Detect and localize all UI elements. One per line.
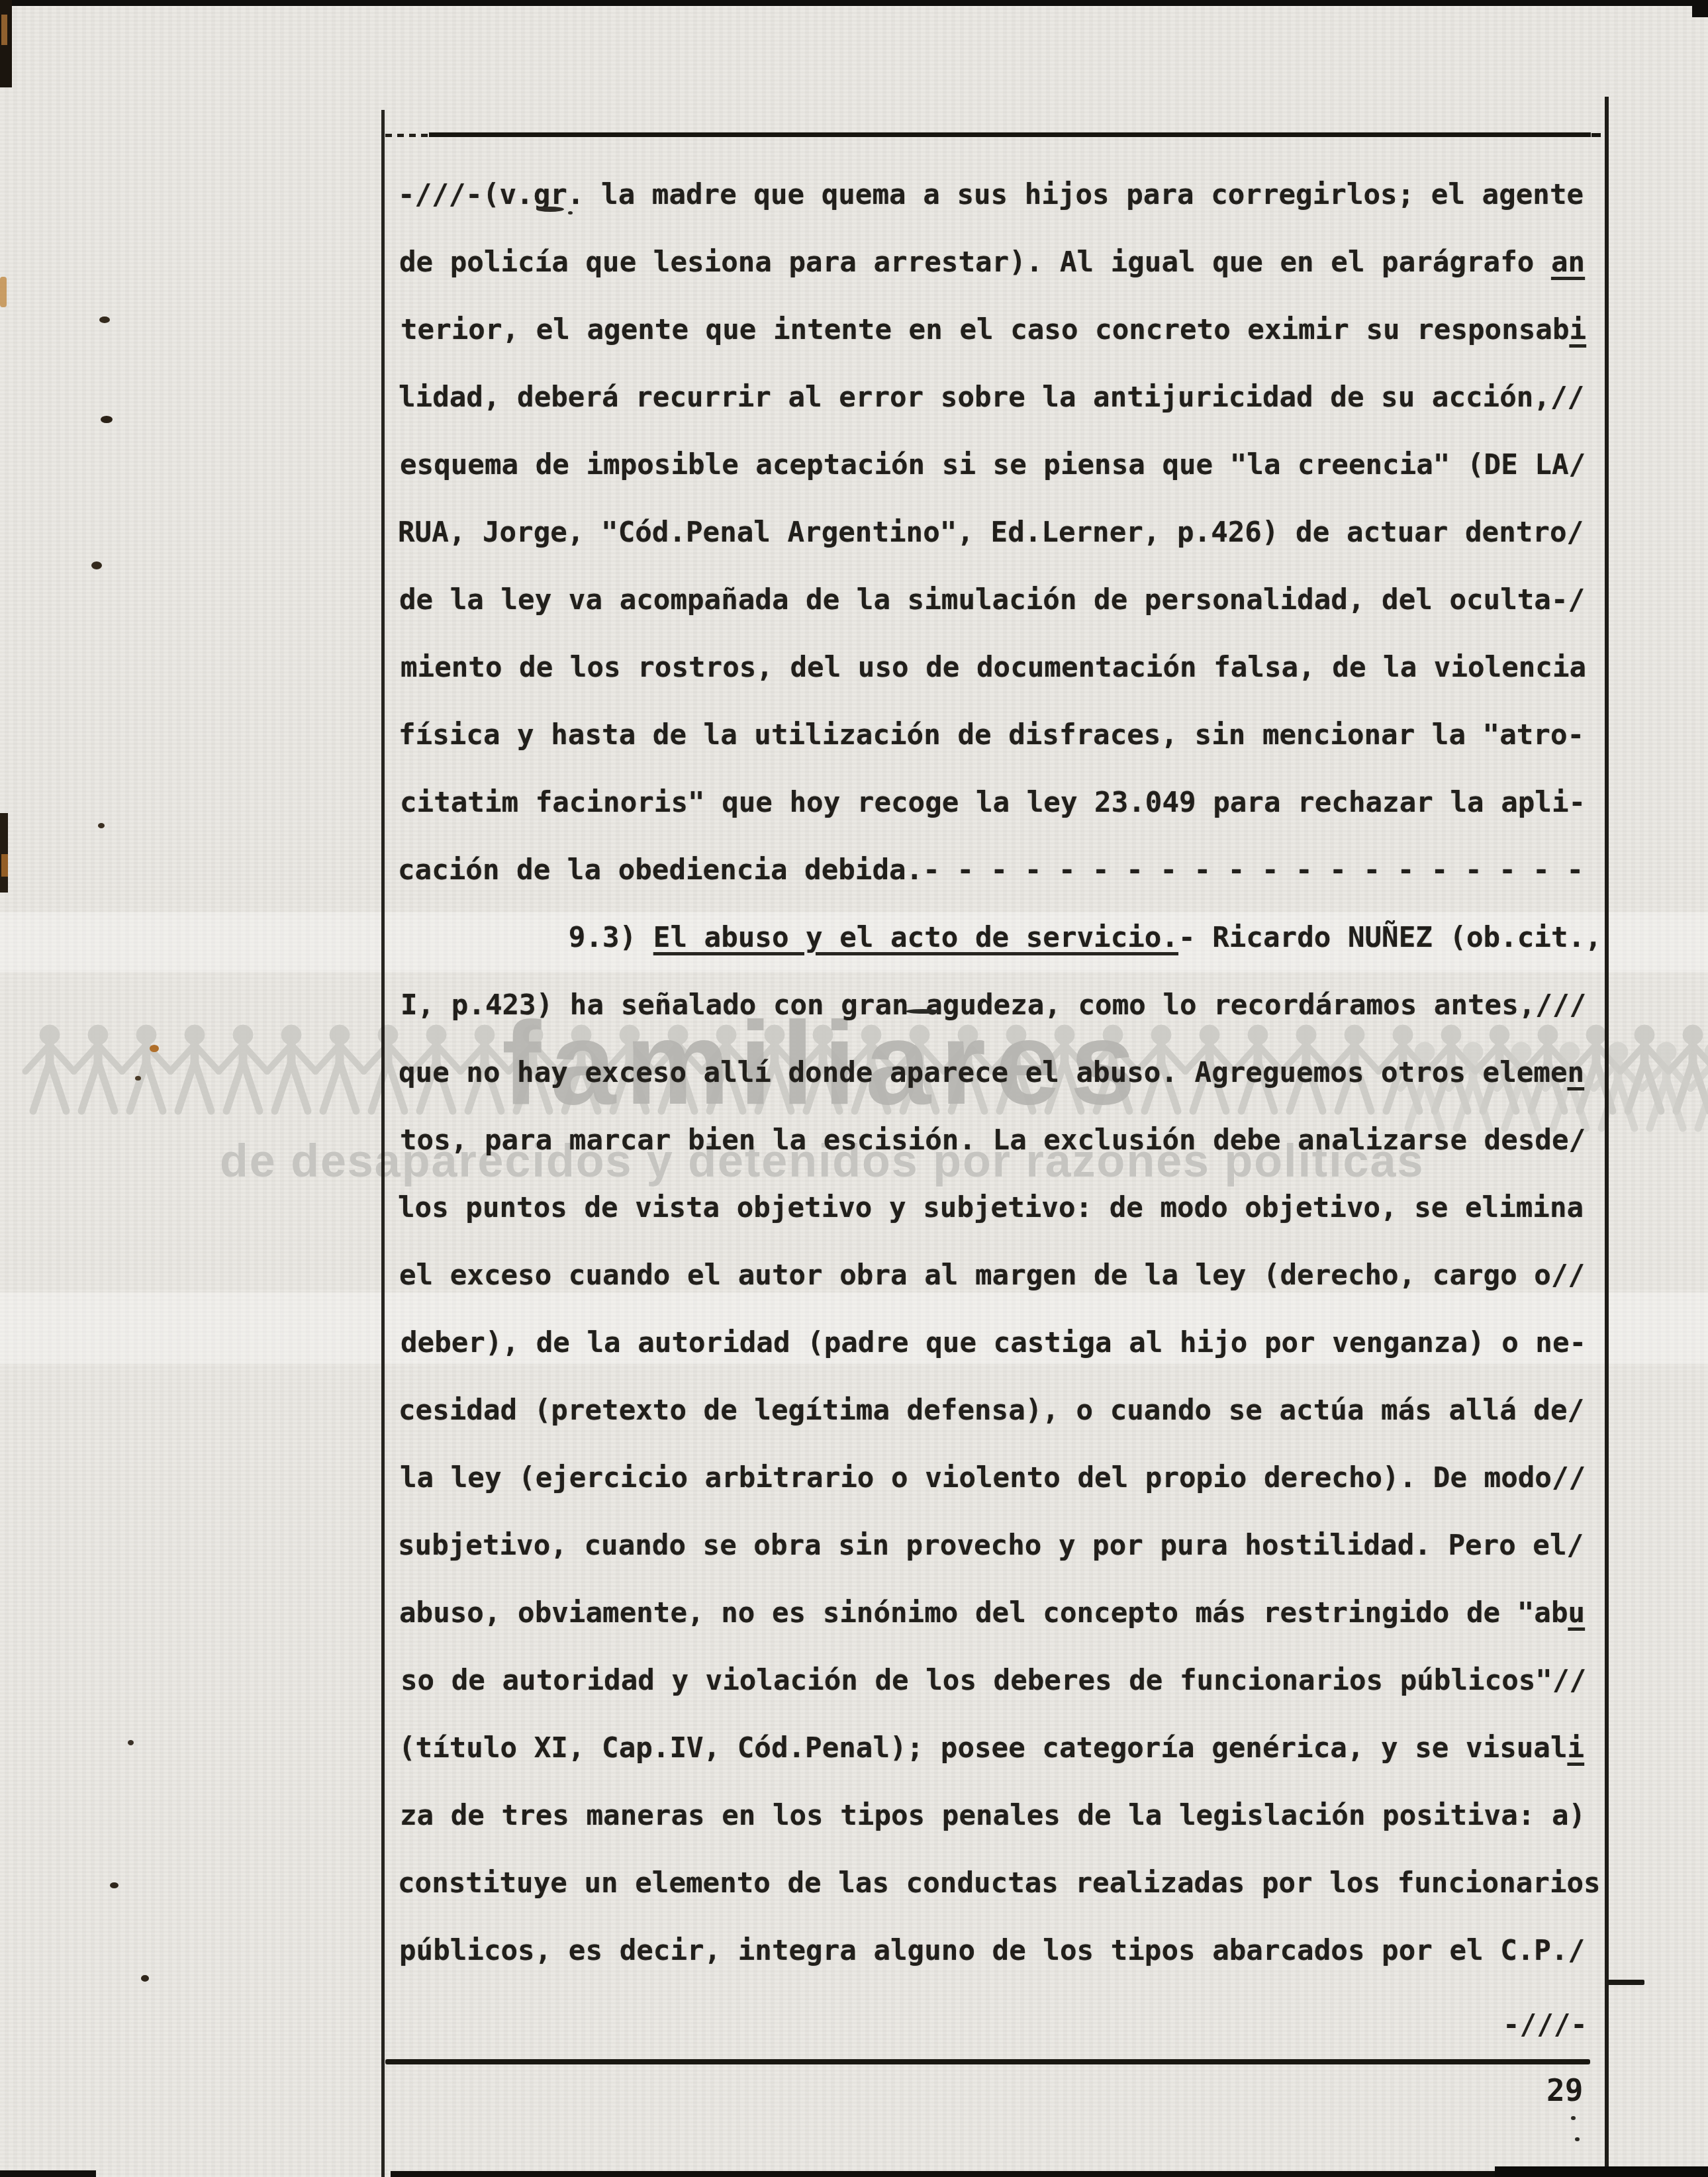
typewritten-line: los puntos de vista objetivo y subjetivo… bbox=[398, 1194, 1584, 1223]
page-number: 29 bbox=[1546, 2075, 1583, 2105]
typewritten-line: públicos, es decir, integra alguno de lo… bbox=[399, 1937, 1585, 1966]
ink-speck bbox=[536, 207, 564, 212]
ink-speck bbox=[150, 1045, 159, 1052]
typewritten-line: -///-(v.gr. la madre que quema a sus hij… bbox=[398, 181, 1584, 210]
ink-speck bbox=[568, 211, 573, 215]
left-margin-rule bbox=[381, 110, 385, 2177]
typewritten-line: za de tres maneras en los tipos penales … bbox=[400, 1802, 1586, 1831]
right-margin-dash bbox=[1607, 1980, 1644, 1985]
ink-speck bbox=[99, 316, 110, 323]
ink-speck bbox=[98, 823, 105, 828]
typewritten-line: 9.3) El abuso y el acto de servicio.- Ri… bbox=[399, 924, 1602, 953]
ink-dot bbox=[1571, 2116, 1576, 2120]
typewritten-line: so de autoridad y violación de los deber… bbox=[401, 1667, 1586, 1696]
typewritten-line: la ley (ejercicio arbitrario o violento … bbox=[400, 1465, 1586, 1493]
scanned-document-page: familiares de desaparecidos y detenidos … bbox=[0, 0, 1708, 2177]
typewritten-line: lidad, deberá recurrir al error sobre la… bbox=[399, 384, 1584, 412]
typewritten-line: cación de la obediencia debida.- - - - -… bbox=[398, 857, 1584, 885]
typewritten-line: de policía que lesiona para arrestar). A… bbox=[399, 249, 1585, 277]
typewritten-line: I, p.423) ha señalado con gran agudeza, … bbox=[401, 992, 1586, 1020]
scan-edge-top bbox=[0, 0, 1708, 6]
continuation-mark: -///- bbox=[1503, 2011, 1588, 2040]
typewritten-line: subjetivo, cuando se obra sin provecho y… bbox=[398, 1532, 1584, 1561]
typewritten-line: esquema de imposible aceptación si se pi… bbox=[400, 452, 1586, 480]
typewritten-line: deber), de la autoridad (padre que casti… bbox=[401, 1330, 1586, 1358]
ink-speck bbox=[906, 1009, 940, 1014]
top-rule-end-dash bbox=[1591, 133, 1601, 137]
typewritten-line: abuso, obviamente, no es sinónimo del co… bbox=[399, 1600, 1585, 1628]
ink-dot bbox=[1575, 2137, 1580, 2141]
bottom-rule bbox=[385, 2059, 1590, 2064]
typewritten-line: de la ley va acompañada de la simulación… bbox=[399, 587, 1585, 615]
scan-edge-bottom bbox=[1495, 2166, 1708, 2177]
scan-edge-mark bbox=[1, 854, 8, 877]
ink-speck bbox=[135, 1076, 141, 1081]
ink-speck bbox=[91, 561, 102, 569]
scan-edge-corner bbox=[1692, 0, 1708, 17]
scan-edge-mark bbox=[0, 277, 7, 307]
typewritten-line: miento de los rostros, del uso de docume… bbox=[401, 654, 1586, 683]
typewritten-line: física y hasta de la utilización de disf… bbox=[399, 722, 1584, 750]
typewritten-line: (título XI, Cap.IV, Cód.Penal); posee ca… bbox=[399, 1735, 1584, 1763]
typewritten-line: terior, el agente que intente en el caso… bbox=[401, 316, 1586, 345]
scan-edge-bottom bbox=[0, 2170, 96, 2177]
typewritten-line: citatim facinoris" que hoy recoge la ley… bbox=[400, 789, 1586, 818]
typewritten-line: tos, para marcar bien la escisión. La ex… bbox=[400, 1127, 1586, 1155]
ink-speck bbox=[101, 416, 113, 423]
ink-speck bbox=[141, 1975, 149, 1982]
ink-speck bbox=[110, 1882, 119, 1888]
scan-edge-tint bbox=[1, 15, 7, 45]
scan-edge-mark bbox=[0, 813, 8, 893]
typewritten-line: el exceso cuando el autor obra al margen… bbox=[399, 1262, 1585, 1290]
typewritten-line: que no hay exceso allí donde aparece el … bbox=[399, 1059, 1584, 1088]
typewritten-line: constituye un elemento de las conductas … bbox=[398, 1870, 1601, 1898]
typewritten-line: cesidad (pretexto de legítima defensa), … bbox=[399, 1397, 1584, 1426]
top-rule-dotted-start bbox=[385, 134, 428, 137]
right-margin-rule bbox=[1605, 97, 1609, 2177]
ink-speck bbox=[128, 1740, 134, 1745]
top-rule bbox=[429, 132, 1591, 137]
typewritten-line: RUA, Jorge, "Cód.Penal Argentino", Ed.Le… bbox=[398, 519, 1584, 548]
